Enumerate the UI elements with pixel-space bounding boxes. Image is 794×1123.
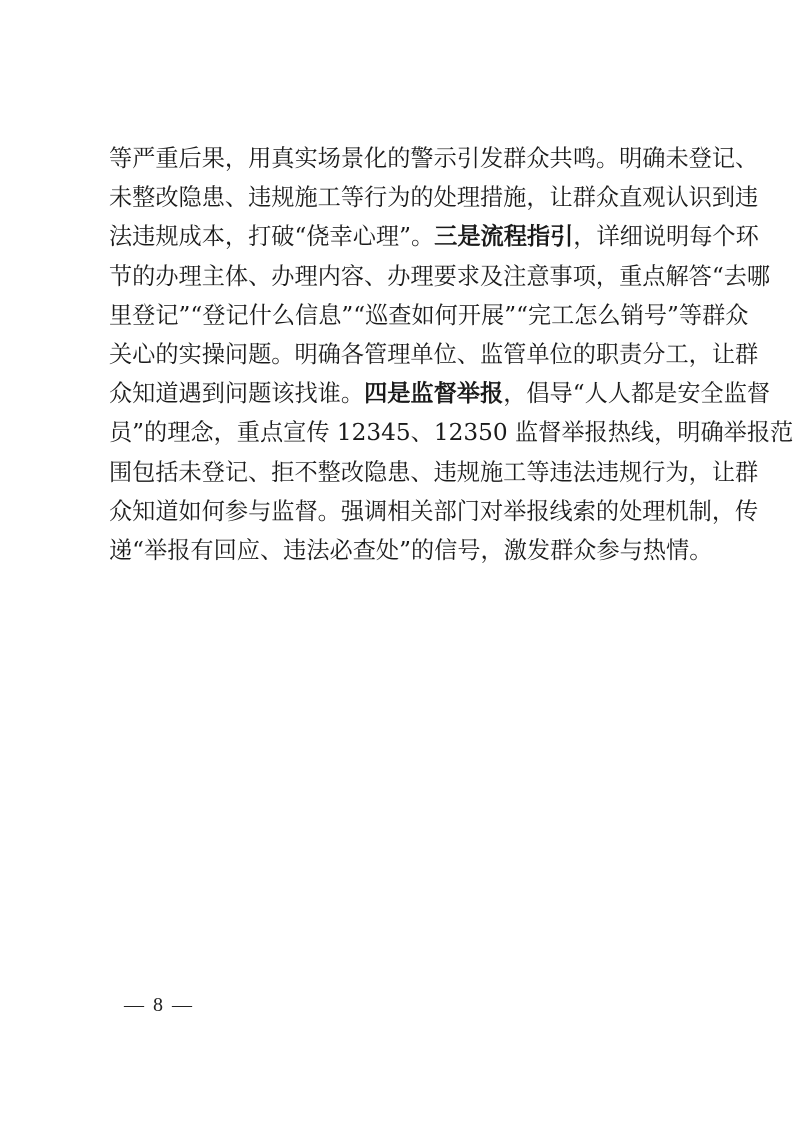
- text-segment: 等严重后果，用真实场景化的警示引发群众共鸣。明确未登记、: [109, 145, 758, 172]
- text-line-1: 等严重后果，用真实场景化的警示引发群众共鸣。明确未登记、: [109, 139, 689, 178]
- text-line-2: 未整改隐患、违规施工等行为的处理措施，让群众直观认识到违: [109, 178, 689, 217]
- text-line-3: 法违规成本，打破“侥幸心理”。三是流程指引，详细说明每个环: [109, 217, 689, 256]
- text-line-8: 员”的理念，重点宣传 12345、12350 监督举报热线，明确举报范: [109, 413, 689, 452]
- text-line-11: 递“举报有回应、违法必查处”的信号，激发群众参与热情。: [109, 531, 689, 570]
- heading-process-guidance: 三是流程指引: [434, 223, 573, 250]
- text-segment: 众知道遇到问题该找谁。: [109, 380, 364, 407]
- text-segment: 众知道如何参与监督。强调相关部门对举报线索的处理机制，传: [109, 498, 758, 525]
- text-segment: 围包括未登记、拒不整改隐患、违规施工等违法违规行为，让群: [109, 459, 758, 486]
- text-segment: 节的办理主体、办理内容、办理要求及注意事项，重点解答“去哪: [109, 263, 770, 290]
- text-line-6: 关心的实操问题。明确各管理单位、监管单位的职责分工，让群: [109, 335, 689, 374]
- text-segment: 关心的实操问题。明确各管理单位、监管单位的职责分工，让群: [109, 341, 758, 368]
- text-segment: 递“举报有回应、违法必查处”的信号，激发群众参与热情。: [109, 537, 712, 564]
- text-line-9: 围包括未登记、拒不整改隐患、违规施工等违法违规行为，让群: [109, 453, 689, 492]
- document-body: 等严重后果，用真实场景化的警示引发群众共鸣。明确未登记、 未整改隐患、违规施工等…: [109, 139, 689, 570]
- text-line-7: 众知道遇到问题该找谁。四是监督举报，倡导“人人都是安全监督: [109, 374, 689, 413]
- text-line-4: 节的办理主体、办理内容、办理要求及注意事项，重点解答“去哪: [109, 257, 689, 296]
- text-segment: ，详细说明每个环: [573, 223, 759, 250]
- text-line-5: 里登记”“登记什么信息”“巡查如何开展”“完工怎么销号”等群众: [109, 296, 689, 335]
- text-segment: 法违规成本，打破“侥幸心理”。: [109, 223, 434, 250]
- text-segment: 里登记”“登记什么信息”“巡查如何开展”“完工怎么销号”等群众: [109, 302, 748, 329]
- text-line-10: 众知道如何参与监督。强调相关部门对举报线索的处理机制，传: [109, 492, 689, 531]
- text-segment: 未整改隐患、违规施工等行为的处理措施，让群众直观认识到违: [109, 184, 758, 211]
- page-number: — 8 —: [124, 994, 194, 1017]
- text-segment: ，倡导“人人都是安全监督: [503, 380, 770, 407]
- heading-supervision-reporting: 四是监督举报: [364, 380, 503, 407]
- text-segment: 员”的理念，重点宣传 12345、12350 监督举报热线，明确举报范: [109, 419, 793, 446]
